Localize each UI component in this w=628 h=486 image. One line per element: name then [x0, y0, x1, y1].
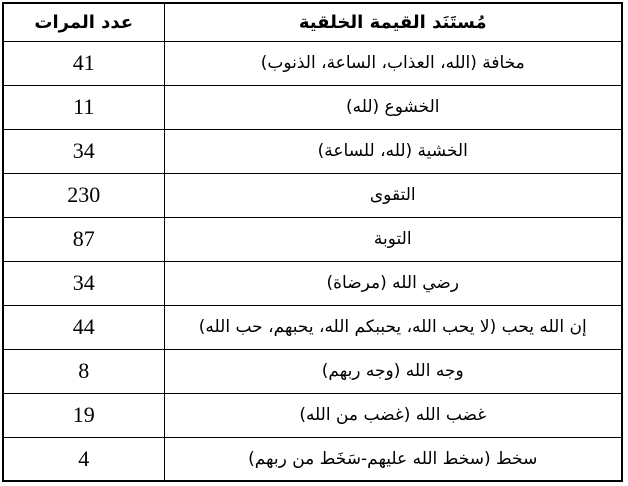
count-value: 11 [73, 94, 94, 119]
table-row: إن الله يحب (لا يحب الله، يحببكم الله، ي… [3, 305, 622, 349]
cell-count: 34 [3, 261, 164, 305]
table-row: مخافة (الله، العذاب، الساعة، الذنوب) 41 [3, 41, 622, 85]
cell-count: 87 [3, 217, 164, 261]
cell-count: 4 [3, 437, 164, 481]
table-row: الخشية (لله، للساعة) 34 [3, 129, 622, 173]
cell-count: 44 [3, 305, 164, 349]
table-row: الخشوع (لله) 11 [3, 85, 622, 129]
basis-value: التوبة [374, 229, 412, 249]
header-basis-label: مُستَنَد القيمة الخلقية [299, 12, 487, 33]
table-row: التوبة 87 [3, 217, 622, 261]
basis-value: مخافة (الله، العذاب، الساعة، الذنوب) [261, 53, 525, 73]
cell-basis: الخشوع (لله) [164, 85, 622, 129]
basis-value: رضي الله (مرضاة) [326, 273, 459, 293]
basis-value: التقوى [370, 185, 416, 205]
cell-basis: سخط (سخط الله عليهم-سَخَط من ربهم) [164, 437, 622, 481]
table-row: التقوى 230 [3, 173, 622, 217]
table-row: وجه الله (وجه ربهم) 8 [3, 349, 622, 393]
count-value: 4 [78, 446, 89, 471]
basis-value: وجه الله (وجه ربهم) [322, 361, 464, 381]
table-row: سخط (سخط الله عليهم-سَخَط من ربهم) 4 [3, 437, 622, 481]
cell-count: 19 [3, 393, 164, 437]
count-value: 41 [73, 50, 95, 75]
cell-count: 8 [3, 349, 164, 393]
moral-values-frequency-table: مُستَنَد القيمة الخلقية عدد المرات مخافة… [2, 2, 623, 482]
cell-basis: إن الله يحب (لا يحب الله، يحببكم الله، ي… [164, 305, 622, 349]
cell-count: 41 [3, 41, 164, 85]
table-header-row: مُستَنَد القيمة الخلقية عدد المرات [3, 3, 622, 41]
count-value: 230 [67, 182, 100, 207]
cell-basis: رضي الله (مرضاة) [164, 261, 622, 305]
basis-value: إن الله يحب (لا يحب الله، يحببكم الله، ي… [199, 317, 587, 337]
table-row: غضب الله (غضب من الله) 19 [3, 393, 622, 437]
basis-value: غضب الله (غضب من الله) [299, 405, 486, 425]
cell-basis: الخشية (لله، للساعة) [164, 129, 622, 173]
header-basis: مُستَنَد القيمة الخلقية [164, 3, 622, 41]
cell-basis: التوبة [164, 217, 622, 261]
count-value: 34 [73, 270, 95, 295]
cell-count: 230 [3, 173, 164, 217]
count-value: 19 [73, 402, 95, 427]
header-count-label: عدد المرات [34, 12, 133, 33]
count-value: 8 [78, 358, 89, 383]
cell-basis: التقوى [164, 173, 622, 217]
count-value: 34 [73, 138, 95, 163]
basis-value: سخط (سخط الله عليهم-سَخَط من ربهم) [248, 449, 537, 469]
count-value: 87 [73, 226, 95, 251]
basis-value: الخشوع (لله) [346, 97, 440, 117]
table-body: مخافة (الله، العذاب، الساعة، الذنوب) 41 … [3, 41, 622, 481]
cell-basis: وجه الله (وجه ربهم) [164, 349, 622, 393]
cell-basis: مخافة (الله، العذاب، الساعة، الذنوب) [164, 41, 622, 85]
basis-value: الخشية (لله، للساعة) [318, 141, 468, 161]
cell-basis: غضب الله (غضب من الله) [164, 393, 622, 437]
header-count: عدد المرات [3, 3, 164, 41]
table-row: رضي الله (مرضاة) 34 [3, 261, 622, 305]
cell-count: 34 [3, 129, 164, 173]
count-value: 44 [73, 314, 95, 339]
cell-count: 11 [3, 85, 164, 129]
